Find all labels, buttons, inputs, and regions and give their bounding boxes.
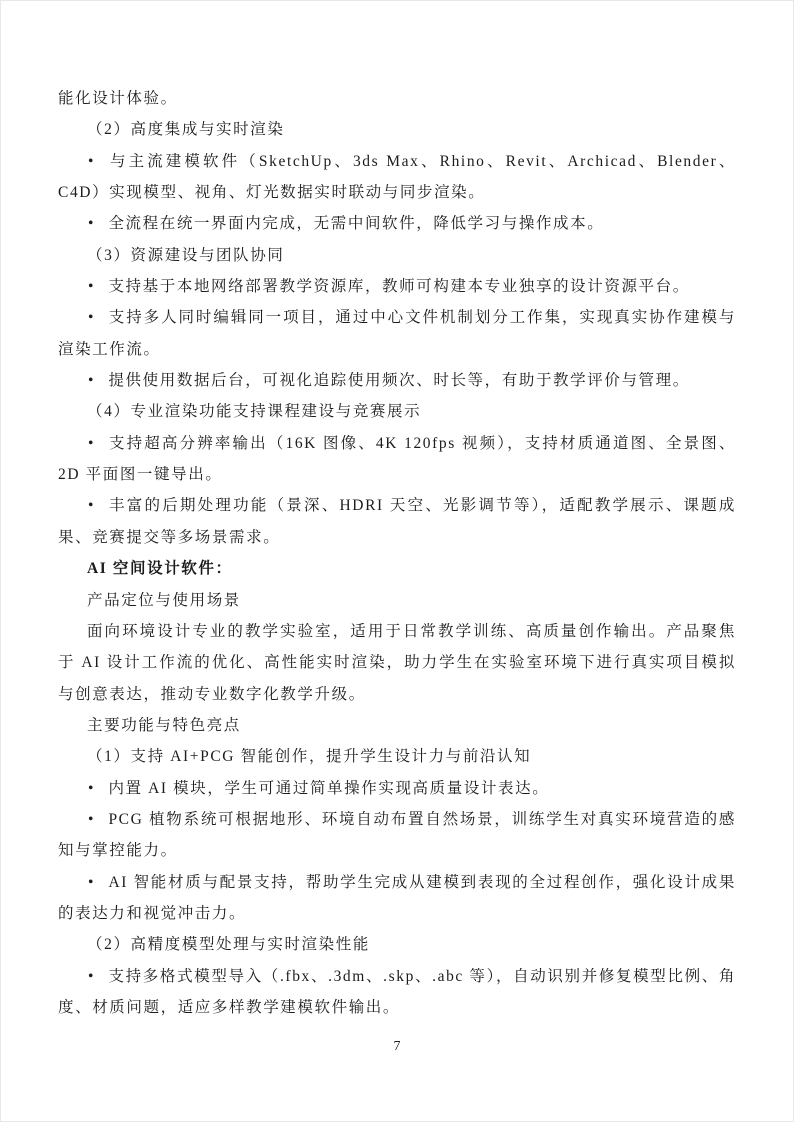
bullet-item: •支持多人同时编辑同一项目，通过中心文件机制划分工作集，实现真实协作建模与渲染工… <box>58 302 736 365</box>
bullet-item: •支持超高分辨率输出（16K 图像、4K 120fps 视频），支持材质通道图、… <box>58 428 736 491</box>
bullet-text: 与主流建模软件（SketchUp、3ds Max、Rhino、Revit、Arc… <box>58 153 736 201</box>
section-heading: （2）高度集成与实时渲染 <box>58 114 736 145</box>
document-body: 能化设计体验。 （2）高度集成与实时渲染 •与主流建模软件（SketchUp、3… <box>58 83 736 1023</box>
bullet-text: AI 智能材质与配景支持，帮助学生完成从建模到表现的全过程创作，强化设计成果的表… <box>58 874 736 922</box>
document-page: 能化设计体验。 （2）高度集成与实时渲染 •与主流建模软件（SketchUp、3… <box>0 0 794 1122</box>
bullet-text: PCG 植物系统可根据地形、环境自动布置自然场景，训练学生对真实环境营造的感知与… <box>58 811 736 859</box>
bullet-icon: • <box>88 208 93 239</box>
bullet-icon: • <box>88 867 93 898</box>
bullet-item: •与主流建模软件（SketchUp、3ds Max、Rhino、Revit、Ar… <box>58 146 736 209</box>
sub-heading: 主要功能与特色亮点 <box>58 710 736 741</box>
bullet-icon: • <box>88 773 93 804</box>
bullet-item: •支持基于本地网络部署教学资源库，教师可构建本专业独享的设计资源平台。 <box>58 271 736 302</box>
bullet-icon: • <box>88 490 93 521</box>
bullet-item: •内置 AI 模块，学生可通过简单操作实现高质量设计表达。 <box>58 773 736 804</box>
bullet-icon: • <box>88 961 93 992</box>
page-number: 7 <box>1 1037 793 1057</box>
section-heading: （1）支持 AI+PCG 智能创作，提升学生设计力与前沿认知 <box>58 741 736 772</box>
section-heading: （4）专业渲染功能支持课程建设与竞赛展示 <box>58 396 736 427</box>
bullet-text: 全流程在统一界面内完成，无需中间软件，降低学习与操作成本。 <box>108 215 604 232</box>
paragraph-continuation: 能化设计体验。 <box>58 83 736 114</box>
bullet-icon: • <box>88 428 93 459</box>
body-paragraph: 面向环境设计专业的教学实验室，适用于日常教学训练、高质量创作输出。产品聚焦于 A… <box>58 616 736 710</box>
bullet-item: •全流程在统一界面内完成，无需中间软件，降低学习与操作成本。 <box>58 208 736 239</box>
section-heading: （2）高精度模型处理与实时渲染性能 <box>58 929 736 960</box>
sub-heading: 产品定位与使用场景 <box>58 585 736 616</box>
bullet-item: •支持多格式模型导入（.fbx、.3dm、.skp、.abc 等），自动识别并修… <box>58 961 736 1024</box>
bullet-icon: • <box>88 302 93 333</box>
bold-heading: AI 空间设计软件： <box>58 553 736 584</box>
bullet-icon: • <box>88 146 93 177</box>
bullet-text: 丰富的后期处理功能（景深、HDRI 天空、光影调节等），适配教学展示、课题成果、… <box>58 497 736 545</box>
bullet-text: 支持多人同时编辑同一项目，通过中心文件机制划分工作集，实现真实协作建模与渲染工作… <box>58 309 736 357</box>
bullet-icon: • <box>88 804 93 835</box>
bullet-icon: • <box>88 271 93 302</box>
bullet-text: 内置 AI 模块，学生可通过简单操作实现高质量设计表达。 <box>108 780 549 797</box>
bullet-item: •提供使用数据后台，可视化追踪使用频次、时长等，有助于教学评价与管理。 <box>58 365 736 396</box>
bullet-item: •丰富的后期处理功能（景深、HDRI 天空、光影调节等），适配教学展示、课题成果… <box>58 490 736 553</box>
bullet-text: 支持多格式模型导入（.fbx、.3dm、.skp、.abc 等），自动识别并修复… <box>58 968 736 1016</box>
bullet-icon: • <box>88 365 93 396</box>
section-heading: （3）资源建设与团队协同 <box>58 240 736 271</box>
bullet-text: 提供使用数据后台，可视化追踪使用频次、时长等，有助于教学评价与管理。 <box>108 372 689 389</box>
bullet-text: 支持超高分辨率输出（16K 图像、4K 120fps 视频），支持材质通道图、全… <box>58 435 736 483</box>
bullet-item: •AI 智能材质与配景支持，帮助学生完成从建模到表现的全过程创作，强化设计成果的… <box>58 867 736 930</box>
bullet-item: •PCG 植物系统可根据地形、环境自动布置自然场景，训练学生对真实环境营造的感知… <box>58 804 736 867</box>
bullet-text: 支持基于本地网络部署教学资源库，教师可构建本专业独享的设计资源平台。 <box>108 278 689 295</box>
